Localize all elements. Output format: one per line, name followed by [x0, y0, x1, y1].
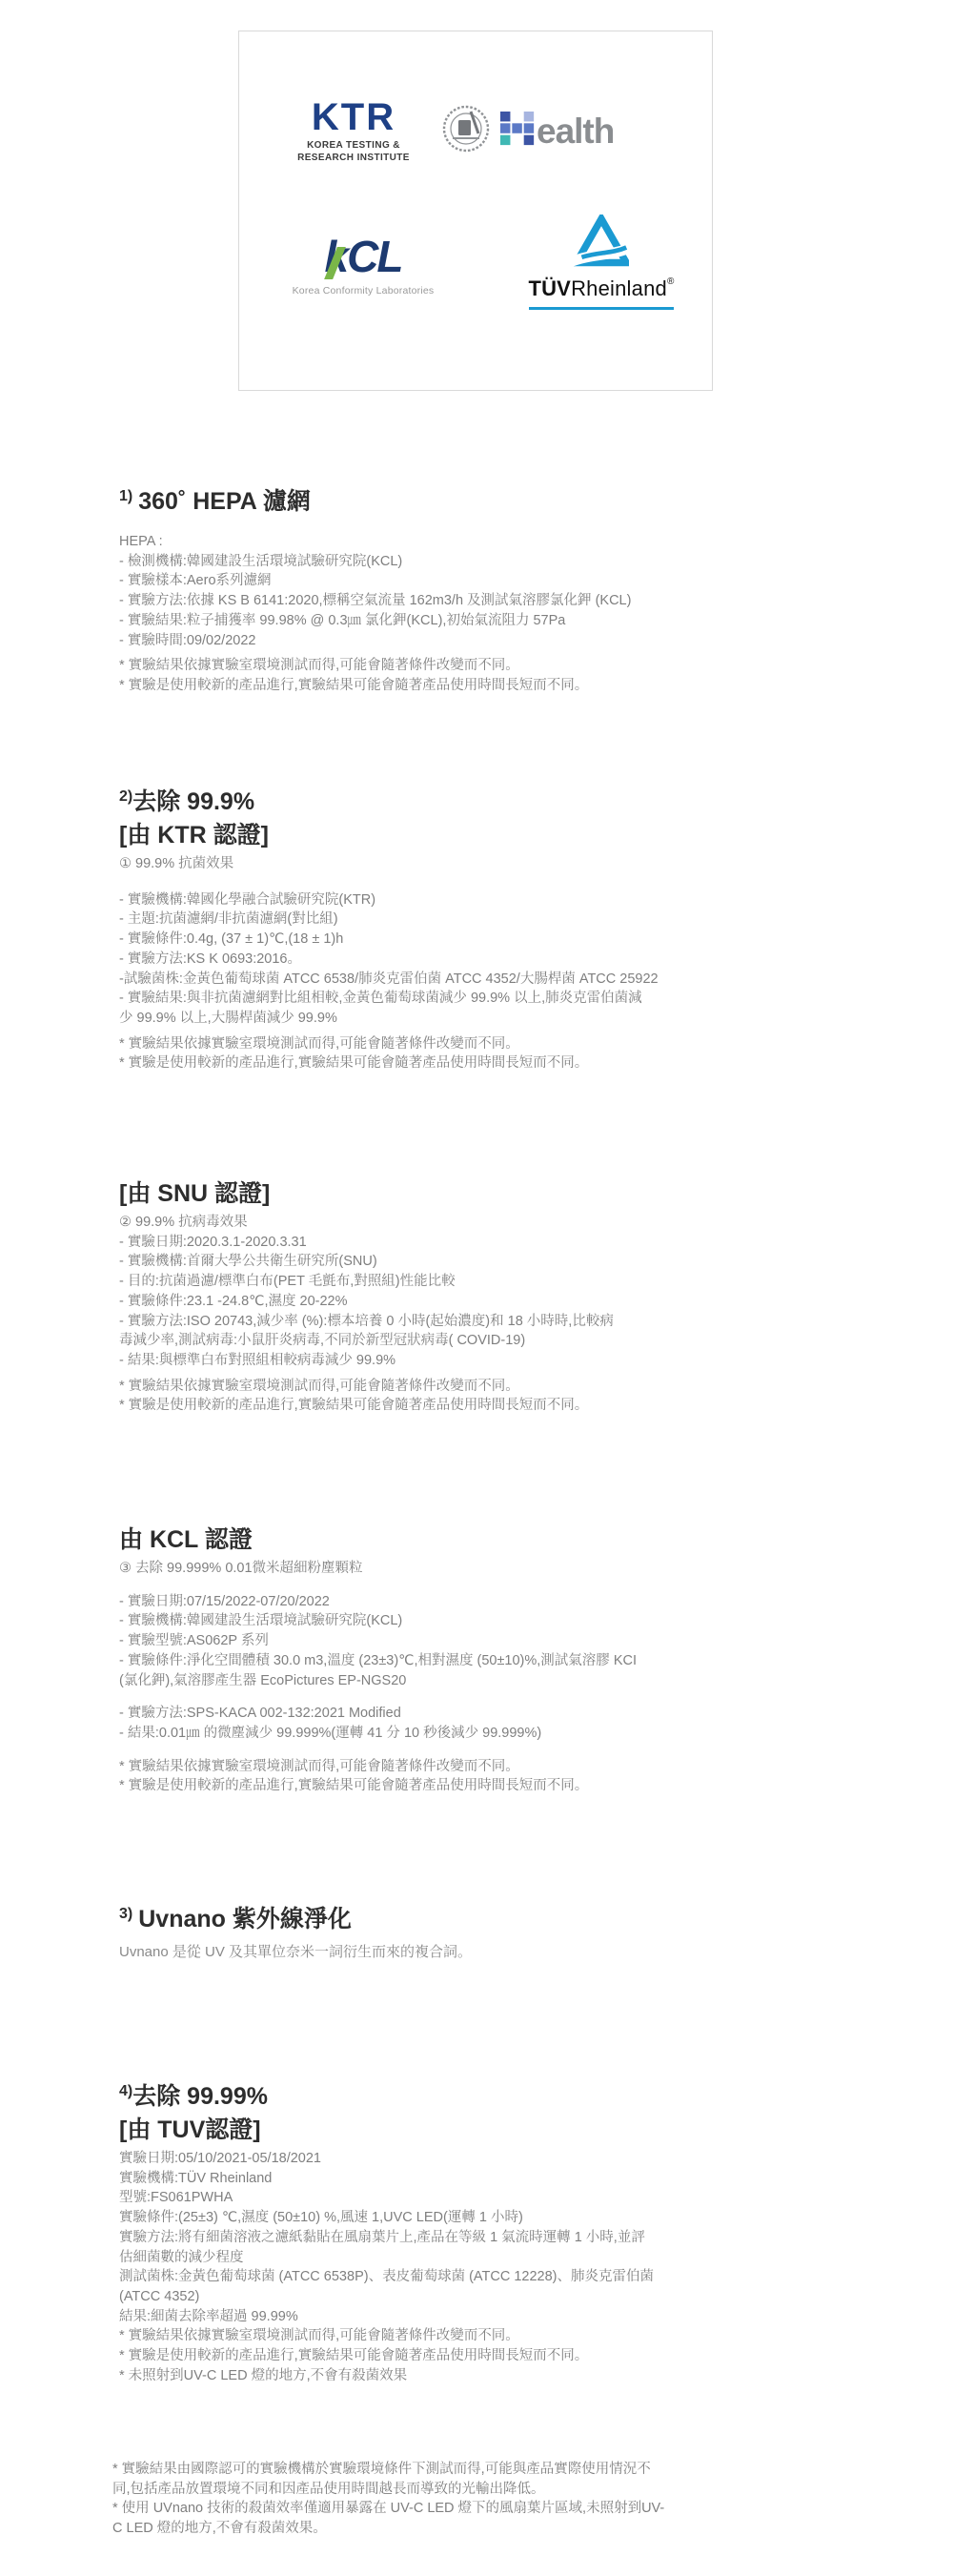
test-detail-line: HEPA : — [119, 532, 843, 552]
section-3-heading: 3)Uvnano 紫外線淨化 — [119, 1897, 843, 1936]
test-detail-line: - 實驗方法:ISO 20743,減少率 (%):標本培養 0 小時(起始濃度)… — [119, 1312, 843, 1332]
certification-disclaimer-page: KTR KOREA TESTING & RESEARCH INSTITUTE — [0, 0, 953, 2576]
section-kcl-details-a: - 實驗日期:07/15/2022-07/20/2022 - 實驗機構:韓國建設… — [119, 1592, 843, 1691]
snu-health-logo: ealth — [441, 104, 699, 158]
ktr-logo: KTR KOREA TESTING & RESEARCH INSTITUTE — [268, 98, 439, 164]
section-4-notes: * 實驗結果依據實驗室環境測試而得,可能會隨著條件改變而不同。 * 實驗是使用較… — [119, 2326, 843, 2385]
test-detail-line: 實驗機構:TÜV Rheinland — [119, 2169, 843, 2189]
test-detail-line: - 實驗條件:淨化空間體積 30.0 m3,溫度 (23±3)℃,相對濕度 (5… — [119, 1651, 843, 1671]
test-detail-line: - 實驗機構:韓國化學融合試驗研究院(KTR) — [119, 890, 843, 910]
footer-disclaimers: * 實驗結果由國際認可的實驗機構於實驗環境條件下測試而得,可能與產品實際使用情況… — [112, 2460, 837, 2539]
disclaimer-note: * 未照射到UV-C LED 燈的地方,不會有殺菌效果 — [119, 2366, 843, 2386]
registered-trademark-icon: ® — [667, 276, 675, 287]
test-detail-line: 測試菌株:金黃色葡萄球菌 (ATCC 6538P)、表皮葡萄球菌 (ATCC 1… — [119, 2267, 843, 2287]
test-detail-line: - 實驗方法:依據 KS B 6141:2020,標稱空氣流量 162m3/h … — [119, 591, 843, 611]
result-item-label: ② 99.9% 抗病毒效果 — [119, 1213, 843, 1233]
section-4-number: 4) — [119, 2083, 132, 2099]
ktr-subtitle-line1: KOREA TESTING & — [268, 139, 439, 152]
kcl-logo: kCL Korea Conformity Laboratories — [282, 234, 444, 296]
test-detail-line: - 實驗日期:07/15/2022-07/20/2022 — [119, 1592, 843, 1612]
section-3-uvnano: 3)Uvnano 紫外線淨化 Uvnano 是從 UV 及其單位奈米一詞衍生而來… — [119, 1897, 843, 1963]
result-item-label: ③ 去除 99.999% 0.01微米超細粉塵顆粒 — [119, 1559, 843, 1579]
section-2-ktr: 2)去除 99.9% [由 KTR 認證] ① 99.9% 抗菌效果 - 實驗機… — [119, 780, 843, 1073]
disclaimer-note: * 實驗是使用較新的產品進行,實驗結果可能會隨著產品使用時間長短而不同。 — [119, 1396, 843, 1416]
section-snu: [由 SNU 認證] ② 99.9% 抗病毒效果 - 實驗日期:2020.3.1… — [119, 1177, 843, 1416]
disclaimer-note: * 實驗是使用較新的產品進行,實驗結果可能會隨著產品使用時間長短而不同。 — [119, 2346, 843, 2366]
section-snu-details: - 實驗日期:2020.3.1-2020.3.31 - 實驗機構:首爾大學公共衛… — [119, 1233, 843, 1371]
test-detail-line: 估細菌數的減少程度 — [119, 2248, 843, 2268]
test-detail-line: - 檢測機構:韓國建設生活環境試驗研究院(KCL) — [119, 552, 843, 572]
test-detail-line: (ATCC 4352) — [119, 2287, 843, 2307]
section-snu-heading: [由 SNU 認證] — [119, 1177, 843, 1211]
test-detail-line: - 實驗結果:與非抗菌濾網對比組相較,金黃色葡萄球菌減少 99.9% 以上,肺炎… — [119, 989, 843, 1009]
section-kcl-heading: 由 KCL 認證 — [119, 1523, 843, 1557]
certification-logos-box: KTR KOREA TESTING & RESEARCH INSTITUTE — [238, 31, 713, 391]
section-4-title: 去除 99.99% — [132, 2083, 268, 2110]
tuv-wordmark-rheinland: Rheinland — [571, 276, 667, 300]
health-wordmark: ealth — [500, 110, 614, 153]
disclaimer-note: * 實驗是使用較新的產品進行,實驗結果可能會隨著產品使用時間長短而不同。 — [119, 1776, 843, 1796]
section-1-notes: * 實驗結果依據實驗室環境測試而得,可能會隨著條件改變而不同。 * 實驗是使用較… — [119, 656, 843, 695]
test-detail-line: - 實驗機構:首爾大學公共衛生研究所(SNU) — [119, 1252, 843, 1272]
test-detail-line: (氯化鉀),氣溶膠產生器 EcoPictures EP-NGS20 — [119, 1671, 843, 1691]
section-1-details: HEPA : - 檢測機構:韓國建設生活環境試驗研究院(KCL) - 實驗樣本:… — [119, 532, 843, 650]
result-item-label: ① 99.9% 抗菌效果 — [119, 854, 843, 874]
ktr-subtitle-line2: RESEARCH INSTITUTE — [268, 152, 439, 164]
test-detail-line: - 實驗型號:AS062P 系列 — [119, 1631, 843, 1651]
tuv-triangle-icon — [574, 256, 629, 272]
section-2-details: - 實驗機構:韓國化學融合試驗研究院(KTR) - 主題:抗菌濾網/非抗菌濾網(… — [119, 890, 843, 1029]
ktr-wordmark: KTR — [268, 98, 439, 136]
section-3-number: 3) — [119, 1906, 132, 1922]
test-detail-line: 實驗方法:將有細菌溶液之濾紙黏貼在風扇葉片上,產品在等級 1 氣流時運轉 1 小… — [119, 2228, 843, 2248]
section-4-subheading: [由 TUV認證] — [119, 2114, 843, 2147]
disclaimer-note: * 實驗是使用較新的產品進行,實驗結果可能會隨著產品使用時間長短而不同。 — [119, 676, 843, 696]
section-2-subheading: [由 KTR 認證] — [119, 819, 843, 852]
disclaimer-note: * 使用 UVnano 技術的殺菌效率僅適用暴露在 UV-C LED 燈下的風扇… — [112, 2499, 837, 2519]
test-detail-line: - 實驗日期:2020.3.1-2020.3.31 — [119, 1233, 843, 1253]
disclaimer-note: * 實驗是使用較新的產品進行,實驗結果可能會隨著產品使用時間長短而不同。 — [119, 1053, 843, 1073]
health-wordmark-text: ealth — [537, 112, 614, 151]
section-2-notes: * 實驗結果依據實驗室環境測試而得,可能會隨著條件改變而不同。 * 實驗是使用較… — [119, 1034, 843, 1073]
test-detail-line: - 實驗時間:09/02/2022 — [119, 631, 843, 651]
section-4-tuv: 4)去除 99.99% [由 TUV認證] 實驗日期:05/10/2021-05… — [119, 2075, 843, 2385]
section-snu-notes: * 實驗結果依據實驗室環境測試而得,可能會隨著條件改變而不同。 * 實驗是使用較… — [119, 1377, 843, 1416]
test-detail-line: - 結果:0.01㎛ 的微塵減少 99.999%(運轉 41 分 10 秒後減少… — [119, 1724, 843, 1744]
disclaimer-note: * 實驗結果依據實驗室環境測試而得,可能會隨著條件改變而不同。 — [119, 1757, 843, 1777]
test-detail-line: - 主題:抗菌濾網/非抗菌濾網(對比組) — [119, 910, 843, 930]
test-detail-line: - 實驗條件:0.4g, (37 ± 1)℃,(18 ± 1)h — [119, 930, 843, 950]
kcl-wordmark-cl: CL — [347, 232, 401, 281]
section-1-hepa: 1)360˚ HEPA 濾網 HEPA : - 檢測機構:韓國建設生活環境試驗研… — [119, 480, 843, 696]
section-4-heading: 4)去除 99.99% — [119, 2075, 843, 2114]
section-4-details: 實驗日期:05/10/2021-05/18/2021 實驗機構:TÜV Rhei… — [119, 2149, 843, 2326]
disclaimer-note: * 實驗結果依據實驗室環境測試而得,可能會隨著條件改變而不同。 — [119, 1034, 843, 1054]
test-detail-line: - 實驗方法:KS K 0693:2016。 — [119, 950, 843, 970]
disclaimer-note: * 實驗結果依據實驗室環境測試而得,可能會隨著條件改變而不同。 — [119, 2326, 843, 2346]
tuv-wordmark: TÜVRheinland® — [520, 276, 682, 301]
snu-seal-icon — [441, 104, 491, 158]
disclaimer-note: * 實驗結果依據實驗室環境測試而得,可能會隨著條件改變而不同。 — [119, 1377, 843, 1397]
section-1-number: 1) — [119, 488, 132, 504]
test-detail-line: - 實驗樣本:Aero系列濾網 — [119, 571, 843, 591]
test-detail-line: 少 99.9% 以上,大腸桿菌減少 99.9% — [119, 1009, 843, 1029]
section-1-title: 360˚ HEPA 濾網 — [138, 488, 311, 515]
disclaimer-note: C LED 燈的地方,不會有殺菌效果。 — [112, 2519, 837, 2539]
test-detail-line: - 實驗機構:韓國建設生活環境試驗研究院(KCL) — [119, 1611, 843, 1631]
tuv-wordmark-tuv: TÜV — [528, 276, 571, 300]
section-kcl-details-b: - 實驗方法:SPS-KACA 002-132:2021 Modified - … — [119, 1704, 843, 1743]
test-detail-line: - 實驗條件:23.1 -24.8℃,濕度 20-22% — [119, 1292, 843, 1312]
tuv-underline-decoration — [529, 307, 674, 310]
tuv-rheinland-logo: TÜVRheinland® — [520, 215, 682, 310]
section-kcl-notes: * 實驗結果依據實驗室環境測試而得,可能會隨著條件改變而不同。 * 實驗是使用較… — [119, 1757, 843, 1796]
section-2-number: 2) — [119, 788, 132, 805]
test-detail-line: - 實驗方法:SPS-KACA 002-132:2021 Modified — [119, 1704, 843, 1724]
section-3-title: Uvnano 紫外線淨化 — [138, 1906, 352, 1932]
test-detail-line: 實驗條件:(25±3) ℃,濕度 (50±10) %,風速 1,UVC LED(… — [119, 2208, 843, 2228]
test-detail-line: - 目的:抗菌過濾/標準白布(PET 毛氈布,對照組)性能比較 — [119, 1272, 843, 1292]
ktr-subtitle: KOREA TESTING & RESEARCH INSTITUTE — [268, 139, 439, 164]
section-2-title: 去除 99.9% — [132, 788, 254, 815]
test-detail-line: 毒減少率,測試病毒:小鼠肝炎病毒,不同於新型冠狀病毒( COVID-19) — [119, 1331, 843, 1351]
kcl-subtitle: Korea Conformity Laboratories — [282, 285, 444, 296]
disclaimer-note: 同,包括產品放置環境不同和因產品使用時間越長而導致的光輸出降低。 — [112, 2480, 837, 2500]
section-1-heading: 1)360˚ HEPA 濾網 — [119, 480, 843, 519]
kcl-wordmark: kCL — [325, 234, 402, 279]
health-block-h-icon — [500, 110, 537, 153]
section-2-heading: 2)去除 99.9% — [119, 780, 843, 819]
test-detail-line: 結果:細菌去除率超過 99.99% — [119, 2307, 843, 2327]
disclaimer-note: * 實驗結果由國際認可的實驗機構於實驗環境條件下測試而得,可能與產品實際使用情況… — [112, 2460, 837, 2480]
test-detail-line: -試驗菌株:金黃色葡萄球菌 ATCC 6538/肺炎克雷伯菌 ATCC 4352… — [119, 970, 843, 990]
uvnano-definition: Uvnano 是從 UV 及其單位奈米一詞衍生而來的複合詞。 — [119, 1942, 843, 1963]
test-detail-line: - 實驗結果:粒子捕獲率 99.98% @ 0.3㎛ 氯化鉀(KCL),初始氣流… — [119, 611, 843, 631]
test-detail-line: 型號:FS061PWHA — [119, 2188, 843, 2208]
disclaimer-note: * 實驗結果依據實驗室環境測試而得,可能會隨著條件改變而不同。 — [119, 656, 843, 676]
test-detail-line: - 結果:與標準白布對照組相較病毒減少 99.9% — [119, 1351, 843, 1371]
section-kcl: 由 KCL 認證 ③ 去除 99.999% 0.01微米超細粉塵顆粒 - 實驗日… — [119, 1523, 843, 1796]
test-detail-line: 實驗日期:05/10/2021-05/18/2021 — [119, 2149, 843, 2169]
